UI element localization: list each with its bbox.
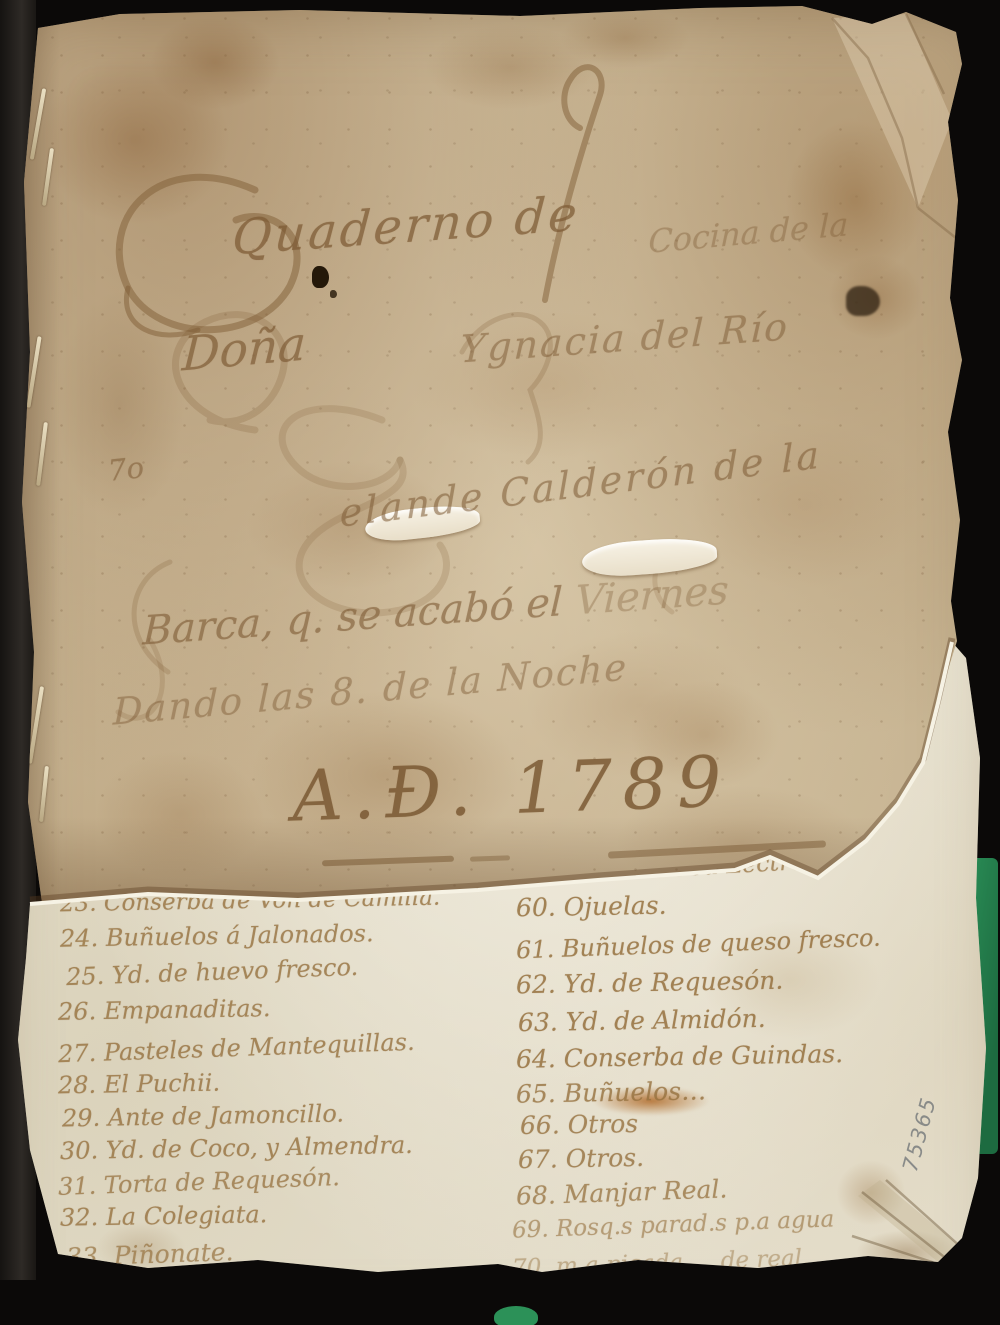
ink-blot <box>330 290 337 298</box>
index-item: 25. Yd. de huevo fresco. <box>66 953 359 991</box>
manuscript-photo: … con su Lectro. 23. Conserba de Von de … <box>0 0 1000 1325</box>
index-item: 65. Buñuelos… <box>516 1076 707 1108</box>
pencil-shelfmark: 75365 <box>898 1094 941 1174</box>
index-item: 70. m.a picada … de real… <box>512 1245 826 1282</box>
stain <box>560 8 690 68</box>
stain <box>855 35 975 245</box>
stain <box>836 1160 906 1226</box>
index-item: 33. Piñonate. <box>66 1237 234 1272</box>
index-item: 60. Ojuelas. <box>516 891 667 923</box>
stain <box>150 15 280 110</box>
green-cloth-dot <box>494 1306 538 1325</box>
cover-title-line2-dona: Doña <box>181 316 308 382</box>
stain <box>856 1230 956 1274</box>
index-item: 26. Empanaditas. <box>58 994 271 1026</box>
index-item: 31. Torta de Requesón. <box>58 1163 341 1201</box>
ink-smudge <box>846 286 880 316</box>
index-item: 30. Yd. de Coco, y Almendra. <box>60 1131 413 1165</box>
index-item: 63. Yd. de Almidón. <box>518 1004 766 1037</box>
index-item: 28. El Puchii. <box>58 1069 221 1100</box>
index-item: 69. Rosq.s parad.s p.a agua <box>512 1206 835 1243</box>
index-item: 29. Ante de Jamoncillo. <box>62 1100 344 1133</box>
index-item: 27. Pasteles de Mantequillas. <box>58 1028 415 1068</box>
index-item: 67. Otros. <box>518 1143 645 1174</box>
ink-blot <box>312 266 329 288</box>
index-item: 66. Otros <box>520 1109 639 1140</box>
index-item: 32. La Colegiata. <box>60 1200 268 1232</box>
index-item: 68. Manjar Real. <box>516 1174 728 1210</box>
cover-line3-prefix: 7o <box>106 450 145 488</box>
index-item: 62. Yd. de Requesón. <box>516 966 784 1000</box>
index-item: 24. Buñuelos á Jalonados. <box>60 919 374 952</box>
index-item: 64. Conserba de Guindas. <box>516 1039 843 1074</box>
